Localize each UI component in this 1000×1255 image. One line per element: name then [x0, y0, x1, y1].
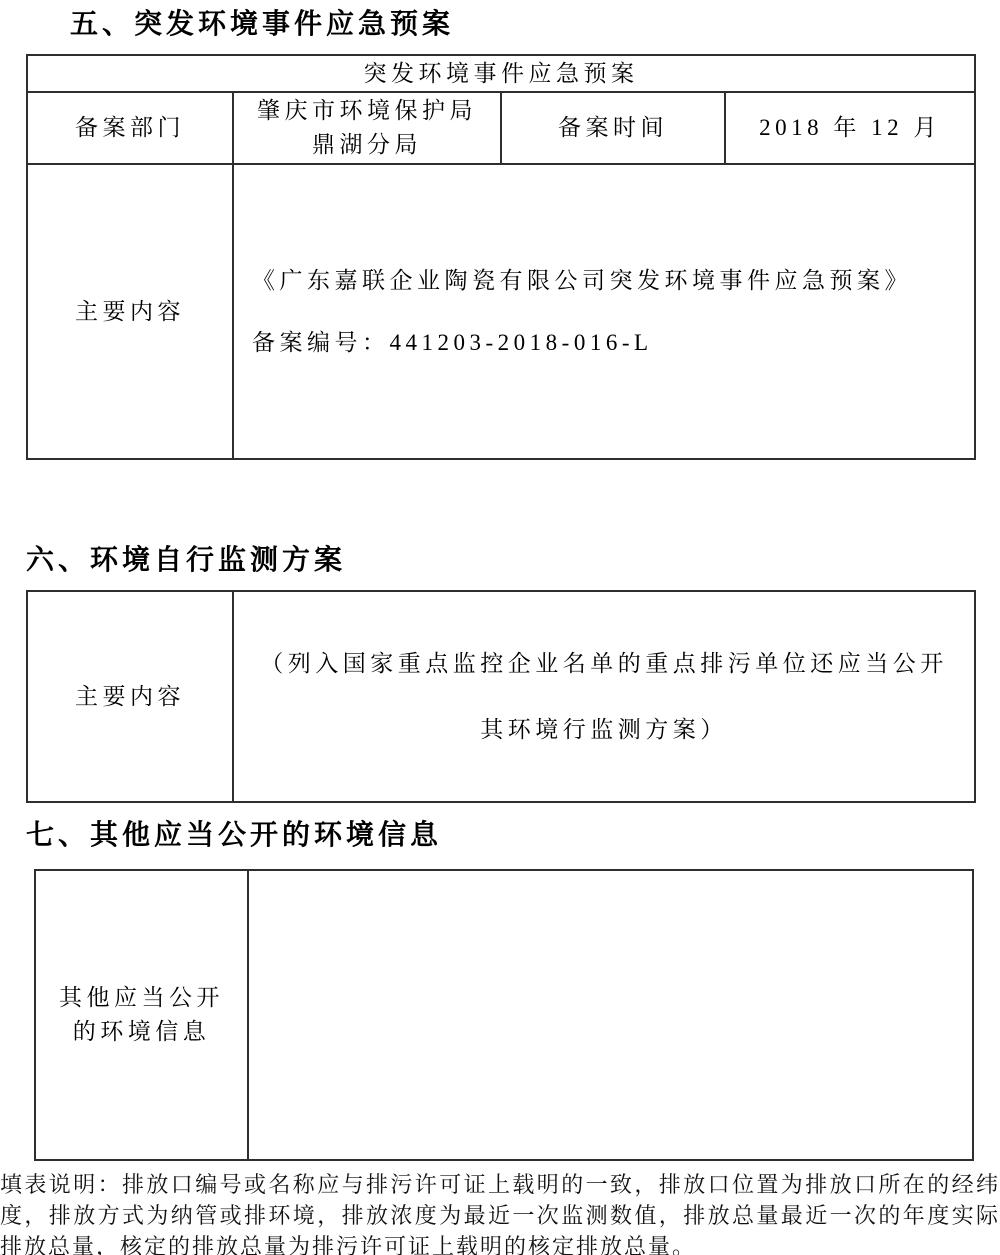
self-monitoring-table: 主要内容 （列入国家重点监控企业名单的重点排污单位还应当公开 其环境行监测方案） [26, 590, 976, 803]
instruction-line: 排放总量，核定的排放总量为排污许可证上载明的核定排放总量。 [0, 1231, 1000, 1255]
table-row: 主要内容 《广东嘉联企业陶瓷有限公司突发环境事件应急预案》 备案编号：44120… [27, 164, 975, 459]
table-row: 备案部门 肇庆市环境保护局 鼎湖分局 备案时间 2018 年 12 月 [27, 92, 975, 164]
filing-time-label: 备案时间 [501, 92, 725, 164]
emergency-plan-table-title: 突发环境事件应急预案 [27, 55, 975, 92]
other-info-table: 其他应当公开 的环境信息 [34, 869, 974, 1161]
document-page: 五、突发环境事件应急预案 突发环境事件应急预案 备案部门 肇庆市环境保护局 鼎湖… [0, 0, 1000, 1255]
other-info-label: 其他应当公开 的环境信息 [35, 870, 248, 1160]
form-filling-instructions: 填表说明：排放口编号或名称应与排污许可证上载明的一致，排放口位置为排放口所在的经… [0, 1169, 1000, 1255]
main-content-label: 主要内容 [27, 164, 233, 459]
table-row: 突发环境事件应急预案 [27, 55, 975, 92]
monitoring-content-cell: （列入国家重点监控企业名单的重点排污单位还应当公开 其环境行监测方案） [233, 591, 975, 802]
filing-number-text: 备案编号：441203-2018-016-L [252, 326, 974, 360]
filing-department-value: 肇庆市环境保护局 鼎湖分局 [233, 92, 501, 164]
table-row: 其他应当公开 的环境信息 [35, 870, 973, 1160]
monitoring-note-line1: （列入国家重点监控企业名单的重点排污单位还应当公开 [234, 647, 974, 681]
other-info-content-cell [248, 870, 973, 1160]
section6-heading: 六、环境自行监测方案 [26, 544, 1000, 576]
table-row: 主要内容 （列入国家重点监控企业名单的重点排污单位还应当公开 其环境行监测方案） [27, 591, 975, 802]
section7-heading: 七、其他应当公开的环境信息 [26, 819, 1000, 851]
main-content-label: 主要内容 [27, 591, 233, 802]
monitoring-note-line2: 其环境行监测方案） [234, 713, 974, 747]
emergency-plan-table: 突发环境事件应急预案 备案部门 肇庆市环境保护局 鼎湖分局 备案时间 2018 … [26, 54, 976, 460]
instruction-line: 填表说明：排放口编号或名称应与排污许可证上载明的一致，排放口位置为排放口所在的经… [0, 1169, 1000, 1200]
filing-department-label: 备案部门 [27, 92, 233, 164]
plan-title-text: 《广东嘉联企业陶瓷有限公司突发环境事件应急预案》 [252, 264, 974, 298]
instruction-line: 度，排放方式为纳管或排环境，排放浓度为最近一次监测数值，排放总量最近一次的年度实… [0, 1200, 1000, 1231]
filing-time-value: 2018 年 12 月 [725, 92, 975, 164]
main-content-cell: 《广东嘉联企业陶瓷有限公司突发环境事件应急预案》 备案编号：441203-201… [233, 164, 975, 459]
section5-heading: 五、突发环境事件应急预案 [70, 8, 1000, 40]
